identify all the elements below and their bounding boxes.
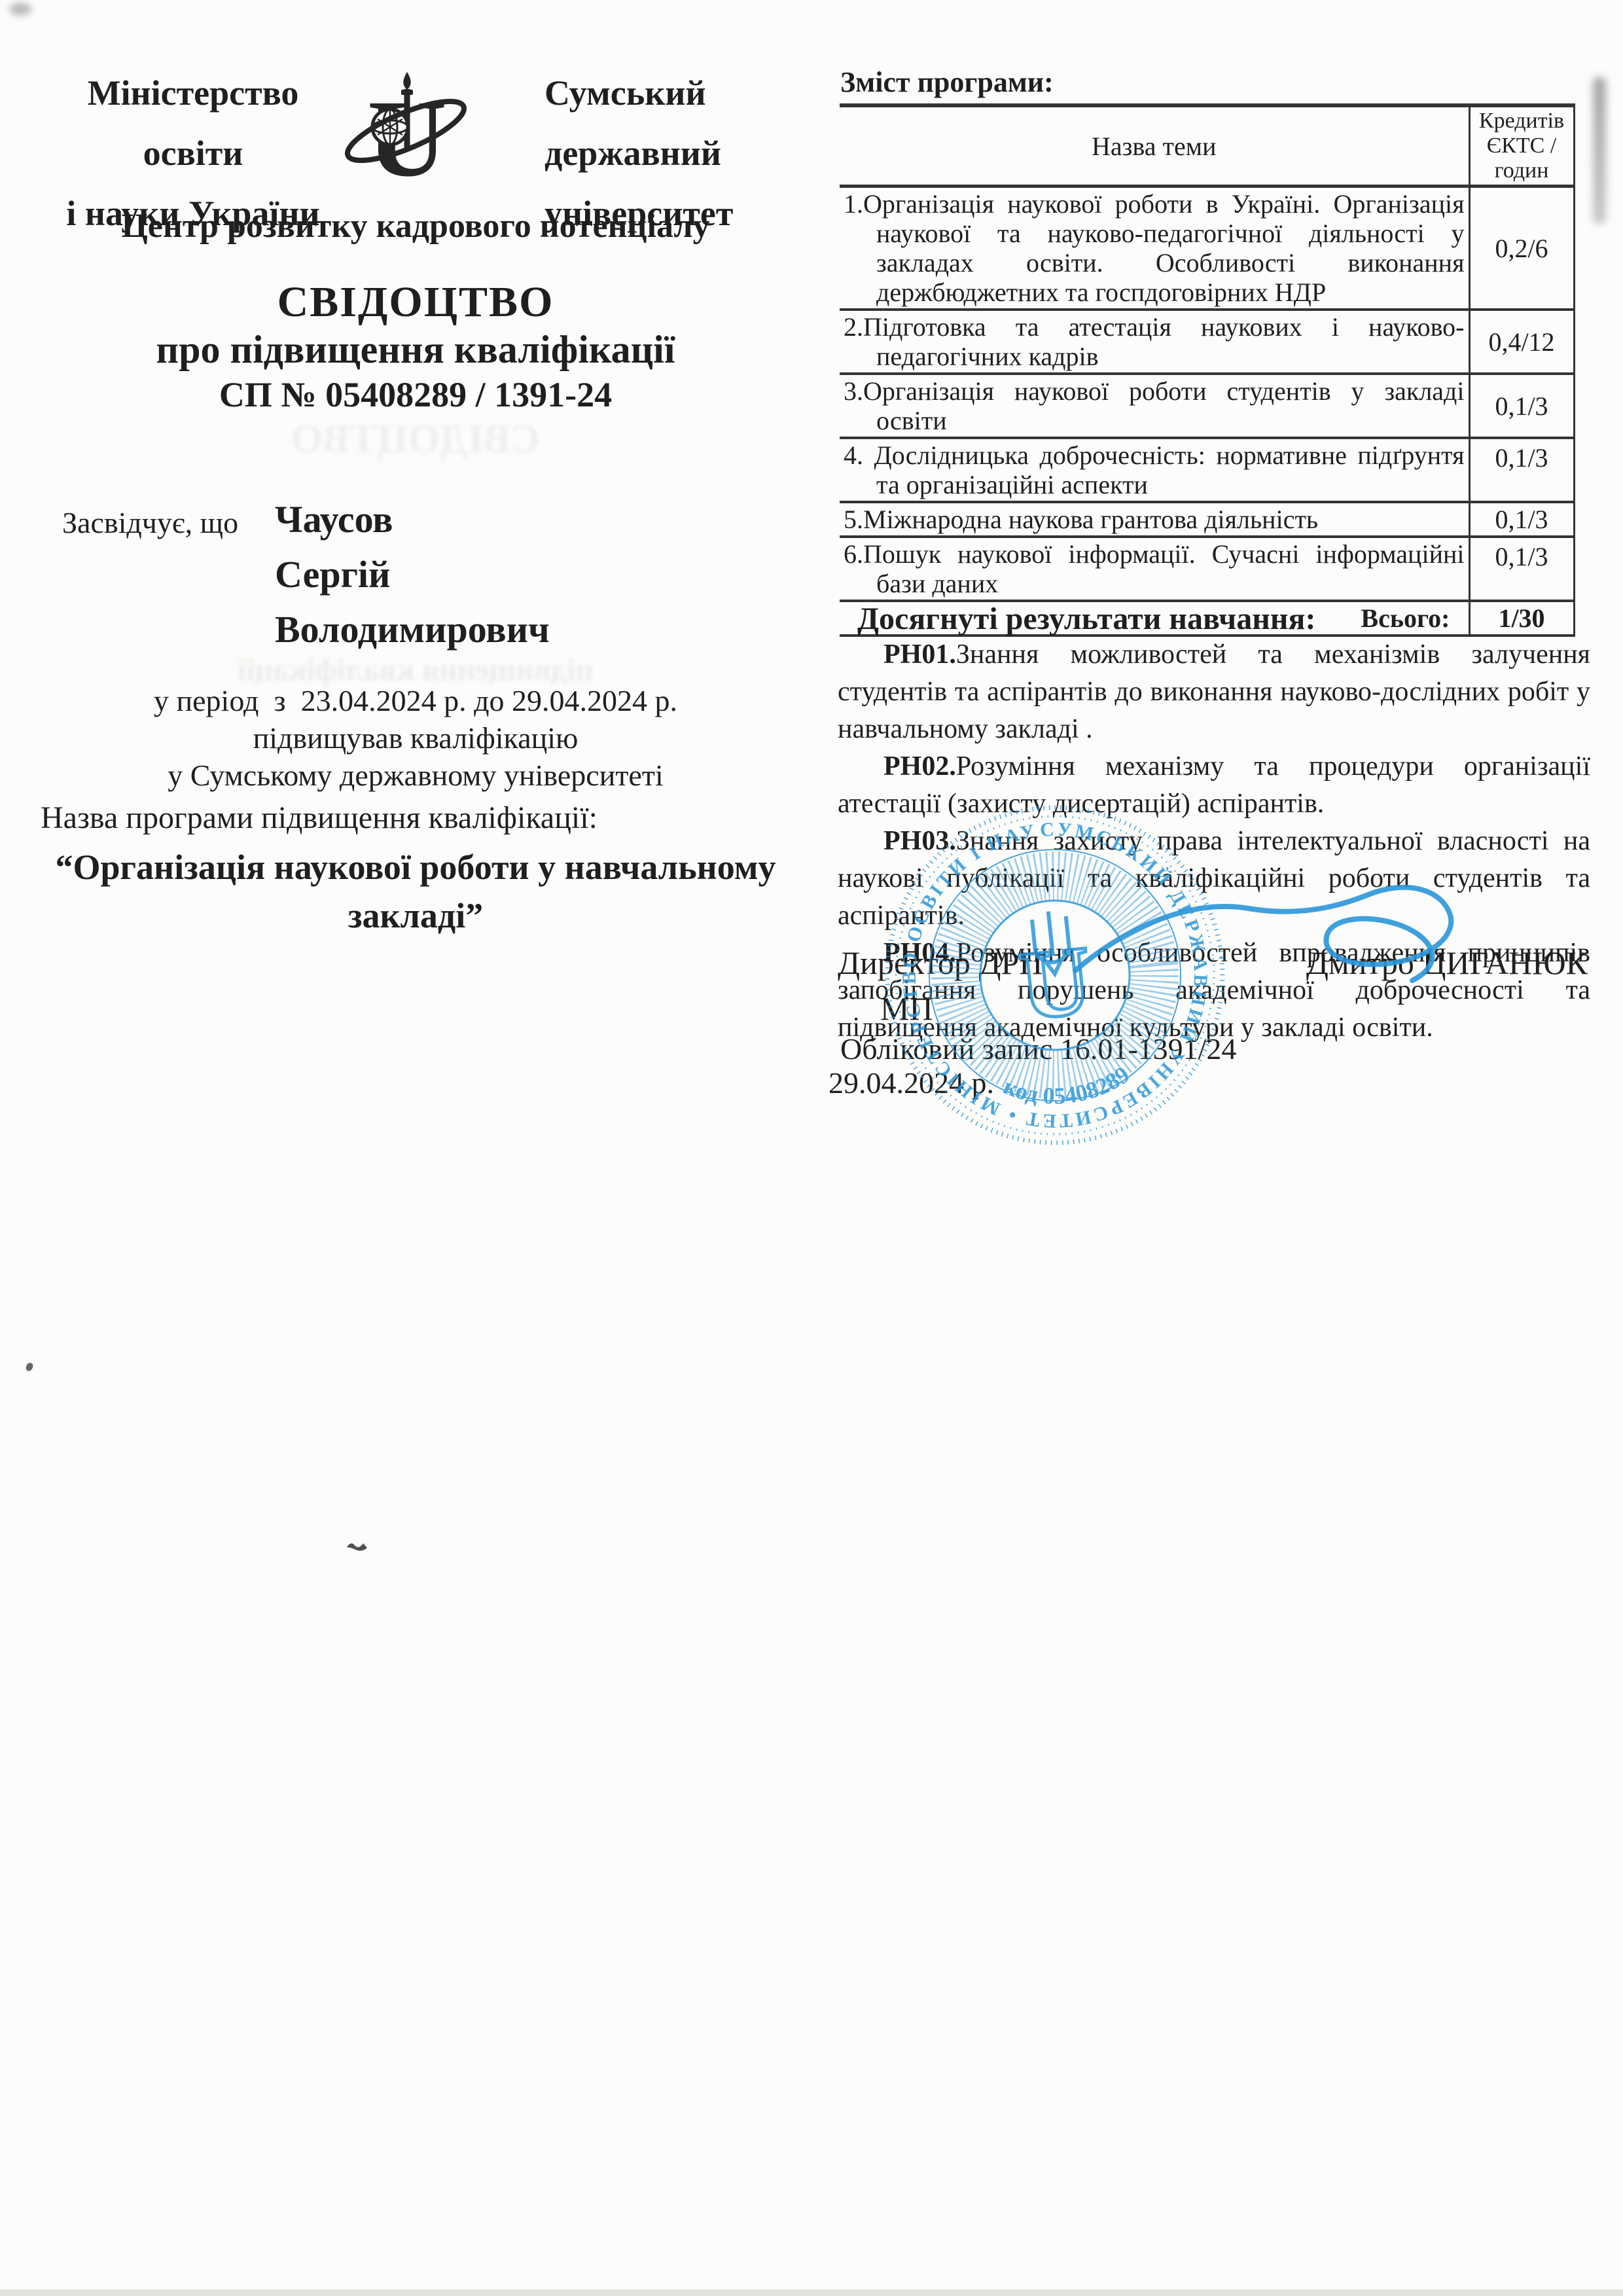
col-header-credits: Кредитів ЄКТС / годин [1469,105,1574,187]
result-code: РН01. [883,639,956,670]
bleedthrough-ghost-text: СВІДОЦТВО [26,416,805,463]
certificate-number: СП № 05408289 / 1391-24 [26,374,805,415]
topic-cell: 4. Дослідницька доброчесність: нормативн… [840,438,1469,502]
total-value: 1/30 [1469,601,1574,636]
program-name-line: закладі” [26,891,805,940]
table-row: 2.Підготовка та атестація наукових і нау… [840,310,1574,374]
table-row: 1.Організація наукової роботи в Україні.… [840,187,1574,310]
credits-cell: 0,1/3 [1469,374,1574,438]
topic-cell: 3.Організація наукової роботи студентів … [840,374,1469,438]
program-table: Назва теми Кредитів ЄКТС / годин 1.Орган… [840,103,1575,637]
certificate-title: СВІДОЦТВО [26,278,805,327]
table-row: 3.Організація наукової роботи студентів … [840,374,1574,438]
ministry-line: освіти [38,123,348,183]
topic-cell: 2.Підготовка та атестація наукових і нау… [840,310,1469,374]
university-logo-icon: U [342,69,470,183]
topic-cell: 6.Пошук наукової інформації. Сучасні інф… [840,537,1469,601]
certify-label: Засвідчує, що [62,505,238,540]
table-row: 5.Міжнародна наукова грантова діяльність… [840,502,1574,537]
program-name-line: “Організація наукової роботи у навчально… [26,843,805,891]
certificate-page: Міністерство освіти і науки України U Су… [0,0,1623,2296]
table-header-row: Назва теми Кредитів ЄКТС / годин [840,105,1574,187]
department-name: Центр розвитку кадрового потенціалу [26,207,805,245]
bleedthrough-ghost-text: підвищення кваліфікації [26,652,805,688]
program-label: Назва програми підвищення кваліфікації: [41,800,597,836]
period-action: підвищував кваліфікацію [26,719,805,757]
person-patronymic: Володимирович [275,602,772,657]
person-firstname: Сергій [275,547,772,602]
credits-cell: 0,1/3 [1469,438,1574,502]
table-row: 6.Пошук наукової інформації. Сучасні інф… [840,537,1574,601]
result-code: РН02. [883,751,956,781]
scan-smudge [9,3,31,16]
col-header-topic: Назва теми [840,105,1469,187]
training-period: у період з 23.04.2024 р. до 29.04.2024 р… [26,682,805,794]
credits-cell: 0,2/6 [1469,187,1574,310]
topic-cell: 5.Міжнародна наукова грантова діяльність [840,502,1469,537]
scan-speck [25,1362,34,1372]
certificate-subtitle: про підвищення кваліфікації [26,327,805,372]
credits-cell: 0,4/12 [1469,310,1574,374]
program-name: “Організація наукової роботи у навчально… [26,843,805,940]
ministry-line: Міністерство [38,63,348,123]
topic-cell: 1.Організація наукової роботи в Україні.… [840,187,1469,310]
director-signature [1059,843,1465,1039]
university-line: Сумський [544,63,826,123]
results-heading: Досягнуті результати навчання: [857,601,1315,637]
credits-cell: 0,1/3 [1469,537,1574,601]
person-name: Чаусов Сергій Володимирович [275,492,772,657]
contents-heading: Зміст програми: [840,65,1054,99]
scan-bottom-edge [0,2289,1623,2296]
credits-cell: 0,1/3 [1469,502,1574,537]
university-line: державний [544,123,826,183]
scan-squiggle-mark [346,1539,369,1552]
person-surname: Чаусов [275,492,772,547]
result-item: РН01.Знання можливостей та механізмів за… [838,636,1590,748]
table-row: 4. Дослідницька доброчесність: нормативн… [840,438,1574,502]
period-place: у Сумському державному університеті [26,757,805,794]
scan-edge-streak [1593,77,1606,224]
